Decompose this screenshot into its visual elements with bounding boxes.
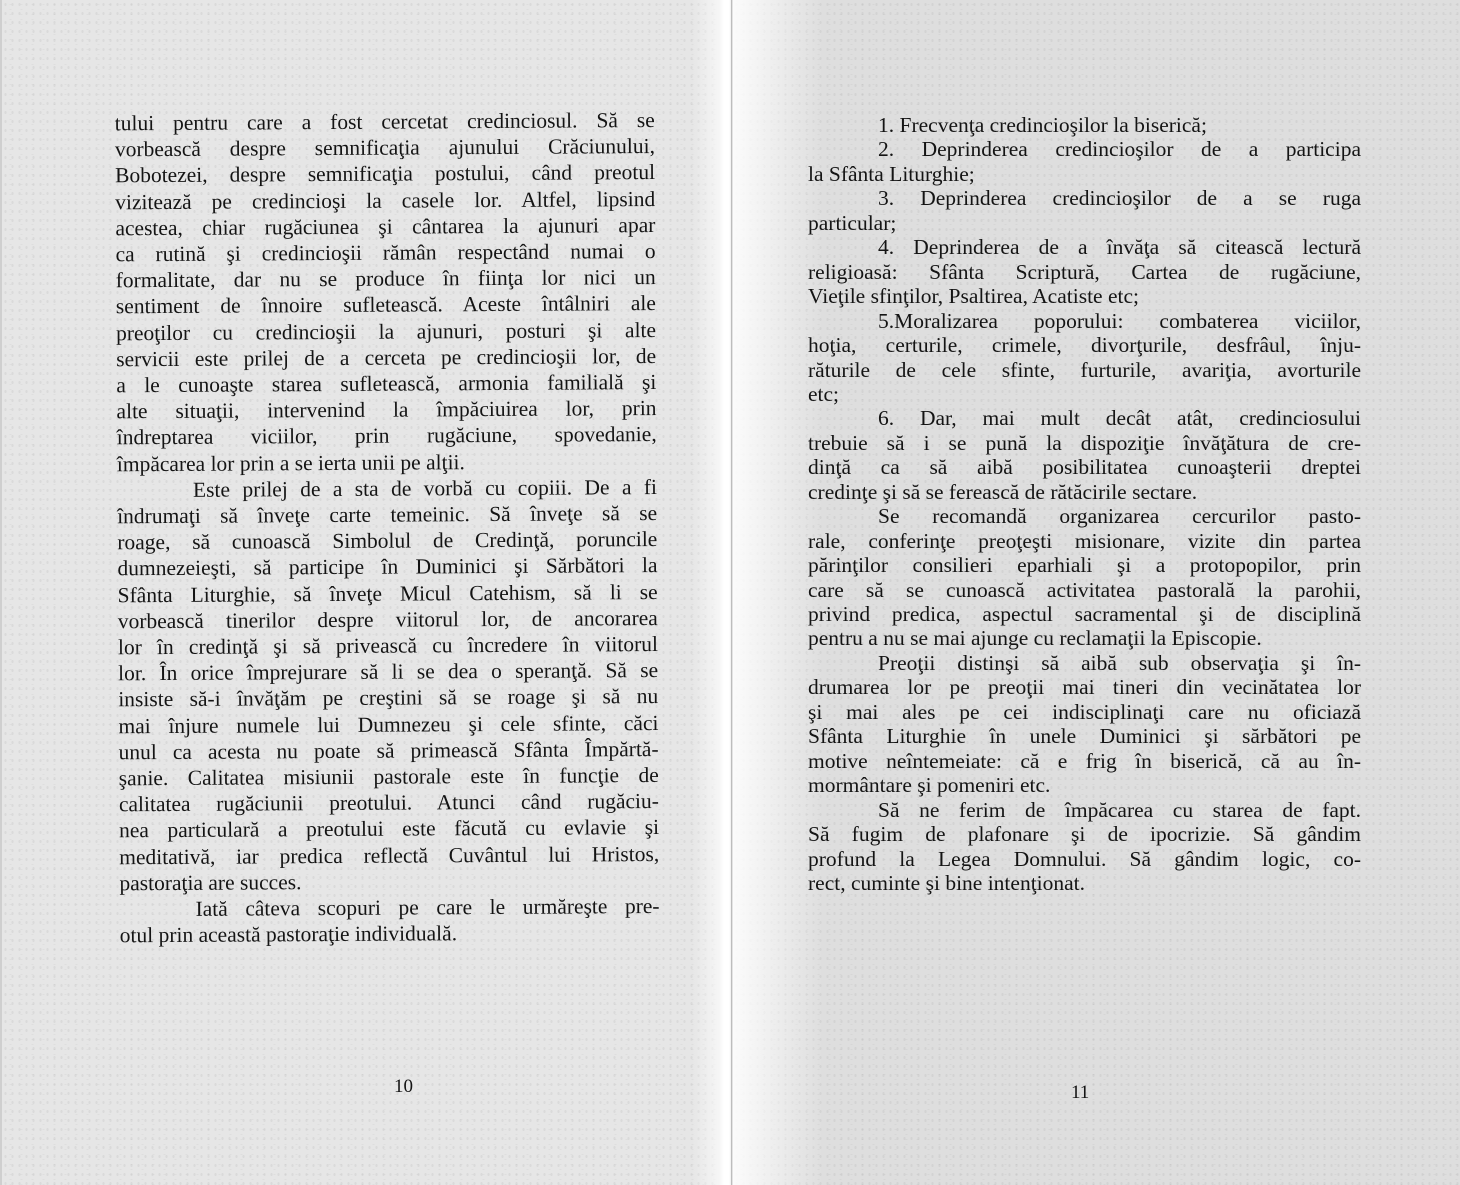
text-line: unul ca acesta nu poate să primească Sfâ… (119, 737, 659, 764)
text-line: Bobotezei, despre semnificaţia postului,… (115, 160, 655, 187)
text-line: Să ne ferim de împăcarea cu starea de fa… (878, 798, 1361, 822)
text-line: 2. Deprinderea credincioşilor de a parti… (878, 137, 1361, 161)
text-line: formalitate, dar nu se produce în fiinţa… (116, 265, 656, 292)
text-line: vorbească tinerilor despre viitorul lor,… (118, 606, 658, 633)
text-line: roage, să cunoască Simbolul de Credinţă,… (117, 527, 657, 554)
text-line: meditativă, iar predica reflectă Cuvântu… (119, 842, 659, 869)
text-line: Iată câteva scopuri pe care le urmăreşte… (195, 894, 659, 921)
text-line: la Sfânta Liturghie; (808, 162, 975, 186)
text-line: motive neîntemeiate: că e frig în biseri… (808, 749, 1361, 773)
text-line: trebuie să i se pună la dispoziţie învăţ… (808, 431, 1361, 455)
text-line: ca rutină şi credincioşii rămân respectâ… (115, 239, 655, 266)
text-line: Sfânta Liturghie, să înveţe Micul Catehi… (118, 580, 658, 607)
text-line: particular; (808, 211, 896, 235)
text-line: care să se cunoască activitatea pastoral… (808, 578, 1361, 602)
text-line: pentru a nu se mai ajunge cu reclamaţii … (808, 626, 1262, 650)
text-line: dumnezeieşti, să participe în Duminici ş… (117, 553, 657, 580)
text-line: 4. Deprinderea de a învăţa să citească l… (878, 235, 1361, 259)
text-line: acestea, chiar rugăciunea şi cântarea la… (115, 213, 655, 240)
text-line: rect, cuminte şi bine intenţionat. (808, 871, 1085, 895)
text-line: mai înjure numele lui Dumnezeu şi cele s… (118, 711, 658, 738)
text-line: părinţilor consilieri eparhiali şi a pro… (808, 553, 1361, 577)
text-line: vorbească despre semnificaţia ajunului C… (115, 134, 655, 161)
left-page-number: 10 (394, 1077, 413, 1097)
text-line: alte situaţii, intervenind la împăciuire… (116, 396, 656, 423)
text-line: tului pentru care a fost cercetat credin… (115, 108, 655, 135)
text-line: insiste să-i învăţăm pe creştini să se r… (118, 684, 658, 711)
text-line: religioasă: Sfânta Scriptură, Cartea de … (808, 260, 1361, 284)
text-line: 3. Deprinderea credincioşilor de a se ru… (878, 186, 1361, 210)
text-line: a le cunoaşte starea sufletească, armoni… (116, 370, 656, 397)
text-line: etc; (808, 382, 839, 406)
text-line: 1. Frecvenţa credincioşilor la biserică; (878, 113, 1207, 137)
text-line: răturile de cele sfinte, furturile, avar… (808, 358, 1361, 382)
left-page: tului pentru care a fost cercetat credin… (0, 0, 722, 1185)
text-line: privind predica, aspectul sacramental şi… (808, 602, 1361, 626)
text-line: şi mai ales pe cei indisciplinaţi care n… (808, 700, 1361, 724)
text-line: hoţia, certurile, crimele, divorţurile, … (808, 333, 1361, 357)
text-line: Se recomandă organizarea cercurilor past… (878, 504, 1361, 528)
text-line: vizitează pe credincioşi la casele lor. … (115, 187, 655, 214)
text-line: Este prilej de a sta de vorbă cu copiii.… (193, 475, 657, 502)
book-spread: tului pentru care a fost cercetat credin… (0, 0, 1460, 1185)
text-line: dinţă ca să aibă posibilitatea cunoaşter… (808, 455, 1361, 479)
text-line: 6. Dar, mai mult decât atât, credinciosu… (878, 406, 1361, 430)
text-line: rale, conferinţe preoţeşti misionare, vi… (808, 529, 1361, 553)
text-line: sentiment de înnoire sufletească. Aceste… (116, 291, 656, 318)
text-line: profund la Legea Domnului. Să gândim log… (808, 847, 1361, 871)
text-line: lor în credinţă şi să privească cu încre… (118, 632, 658, 659)
left-page-text: tului pentru care a fost cercetat credin… (2, 0, 731, 1185)
text-line: Preoţii distinşi să aibă sub observaţia … (878, 651, 1361, 675)
text-line: servicii este prilej de a cerceta pe cre… (116, 344, 656, 371)
text-line: calitatea rugăciunii preotului. Atunci c… (119, 789, 659, 816)
text-line: nea particulară a preotului este făcută … (119, 815, 659, 842)
right-page-text: 1. Frecvenţa credincioşilor la biserică;… (733, 0, 1460, 1185)
text-line: pastoraţia are succes. (119, 870, 301, 895)
text-line: şanie. Calitatea misiunii pastorale este… (119, 763, 659, 790)
text-line: preoţilor cu credincioşii la ajunuri, po… (116, 318, 656, 345)
text-line: lor. În orice împrejurare să li se dea o… (118, 658, 658, 685)
text-line: împăcarea lor prin a se ierta unii pe al… (117, 450, 465, 476)
text-line: credinţe şi să se ferească de rătăcirile… (808, 480, 1197, 504)
text-line: drumarea lor pe preoţii mai tineri din v… (808, 675, 1361, 699)
text-line: Sfânta Liturghie în unele Duminici şi să… (808, 724, 1361, 748)
text-line: mormântare şi pomeniri etc. (808, 773, 1050, 797)
right-page: 1. Frecvenţa credincioşilor la biserică;… (733, 0, 1460, 1185)
gutter-fold-line (731, 0, 732, 1185)
text-line: 5.Moralizarea poporului: combaterea vici… (878, 309, 1361, 333)
text-line: îndrumaţi să înveţe carte temeinic. Să î… (117, 501, 657, 528)
text-line: Vieţile sfinţilor, Psaltirea, Acatiste e… (808, 284, 1139, 308)
right-page-number: 11 (1071, 1083, 1089, 1103)
text-line: Să fugim de plafonare şi de ipocrizie. S… (808, 822, 1361, 846)
text-line: îndreptarea viciilor, prin rugăciune, sp… (117, 422, 657, 449)
text-line: otul prin această pastoraţie individuală… (120, 921, 457, 947)
